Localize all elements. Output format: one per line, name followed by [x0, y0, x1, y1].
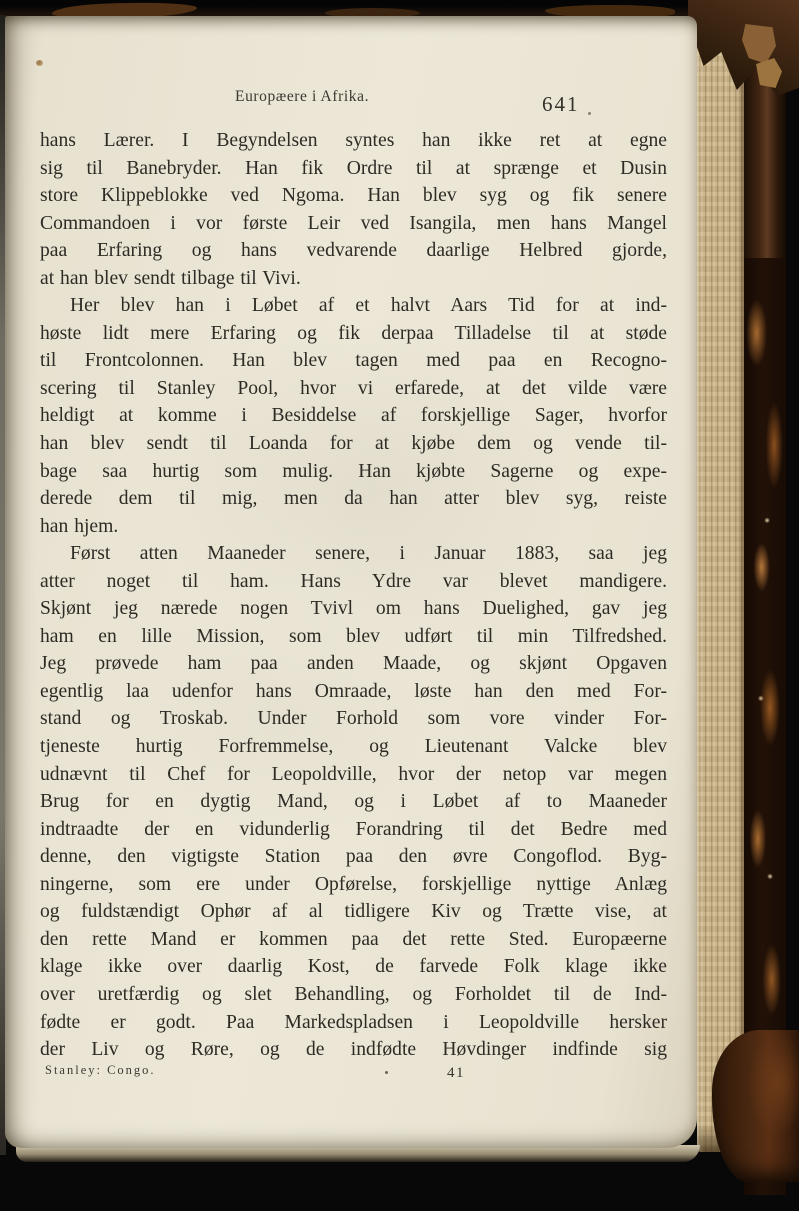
book-page: Europæere i Afrika. 641 hans Lærer. I Be… [5, 16, 697, 1148]
paper-stain [36, 60, 43, 66]
text-line: atter noget til ham. Hans Ydre var bleve… [40, 568, 667, 596]
text-line: Først atten Maaneder senere, i Januar 18… [40, 540, 667, 568]
text-line: store Klippeblokke ved Ngoma. Han blev s… [40, 182, 667, 210]
text-line: bage saa hurtig som mulig. Han kjøbte Sa… [40, 458, 667, 486]
scan-background: { "colors":{ "paper":"#e9e3d2", "ink":"#… [0, 0, 799, 1211]
text-line: den rette Mand er kommen paa det rette S… [40, 926, 667, 954]
text-line: over uretfærdig og slet Behandling, og F… [40, 981, 667, 1009]
text-line: derede dem til mig, men da han atter ble… [40, 485, 667, 513]
text-line: sig til Banebryder. Han fik Ordre til at… [40, 155, 667, 183]
text-line: stand og Troskab. Under Forhold som vore… [40, 705, 667, 733]
page-fore-edge-stack [697, 18, 745, 1152]
text-line: Commandoen i vor første Leir ved Isangil… [40, 210, 667, 238]
text-line: at han blev sendt tilbage til Vivi. [40, 265, 667, 293]
text-line: paa Erfaring og hans vedvarende daarlige… [40, 237, 667, 265]
text-line: ningerne, som ere under Opførelse, forsk… [40, 871, 667, 899]
text-line: Brug for en dygtig Mand, og i Løbet af t… [40, 788, 667, 816]
text-line: Jeg prøvede ham paa anden Maade, og skjø… [40, 650, 667, 678]
text-line: høste lidt mere Erfaring og fik derpaa T… [40, 320, 667, 348]
text-line: tjeneste hurtig Forfremmelse, og Lieuten… [40, 733, 667, 761]
text-line: heldigt at komme i Besiddelse af forskje… [40, 402, 667, 430]
text-line: han hjem. [40, 513, 667, 541]
text-line: fødte er godt. Paa Markedspladsen i Leop… [40, 1009, 667, 1037]
text-line: Her blev han i Løbet af et halvt Aars Ti… [40, 292, 667, 320]
cover-corner-bottom-right [712, 1030, 799, 1182]
text-line: udnævnt til Chef for Leopoldville, hvor … [40, 761, 667, 789]
text-line: til Frontcolonnen. Han blev tagen med pa… [40, 347, 667, 375]
text-line: indtraadte der en vidunderlig Forandring… [40, 816, 667, 844]
text-line: denne, den vigtigste Station paa den øvr… [40, 843, 667, 871]
running-title: Europæere i Afrika. [235, 88, 369, 106]
body-text: hans Lærer. I Begyndelsen syntes han ikk… [40, 127, 667, 1064]
text-line: der Liv og Røre, og de indfødte Høvdinge… [40, 1036, 667, 1064]
text-line: hans Lærer. I Begyndelsen syntes han ikk… [40, 127, 667, 155]
gathering-number: 41 [447, 1065, 465, 1082]
text-line: Skjønt jeg nærede nogen Tvivl om hans Du… [40, 595, 667, 623]
paper-speck [588, 112, 591, 115]
text-line: scering til Stanley Pool, hvor vi erfare… [40, 375, 667, 403]
text-line: og fuldstændigt Ophør af al tidligere Ki… [40, 898, 667, 926]
text-line: egentlig laa udenfor hans Omraade, løste… [40, 678, 667, 706]
paper-speck [385, 1071, 388, 1074]
footer-signature: Stanley: Congo. [45, 1063, 156, 1078]
text-line: ham en lille Mission, som blev udført ti… [40, 623, 667, 651]
page-number: 641 [542, 92, 580, 117]
text-line: han blev sendt til Loanda for at kjøbe d… [40, 430, 667, 458]
text-line: klage ikke over daarlig Kost, de farvede… [40, 953, 667, 981]
